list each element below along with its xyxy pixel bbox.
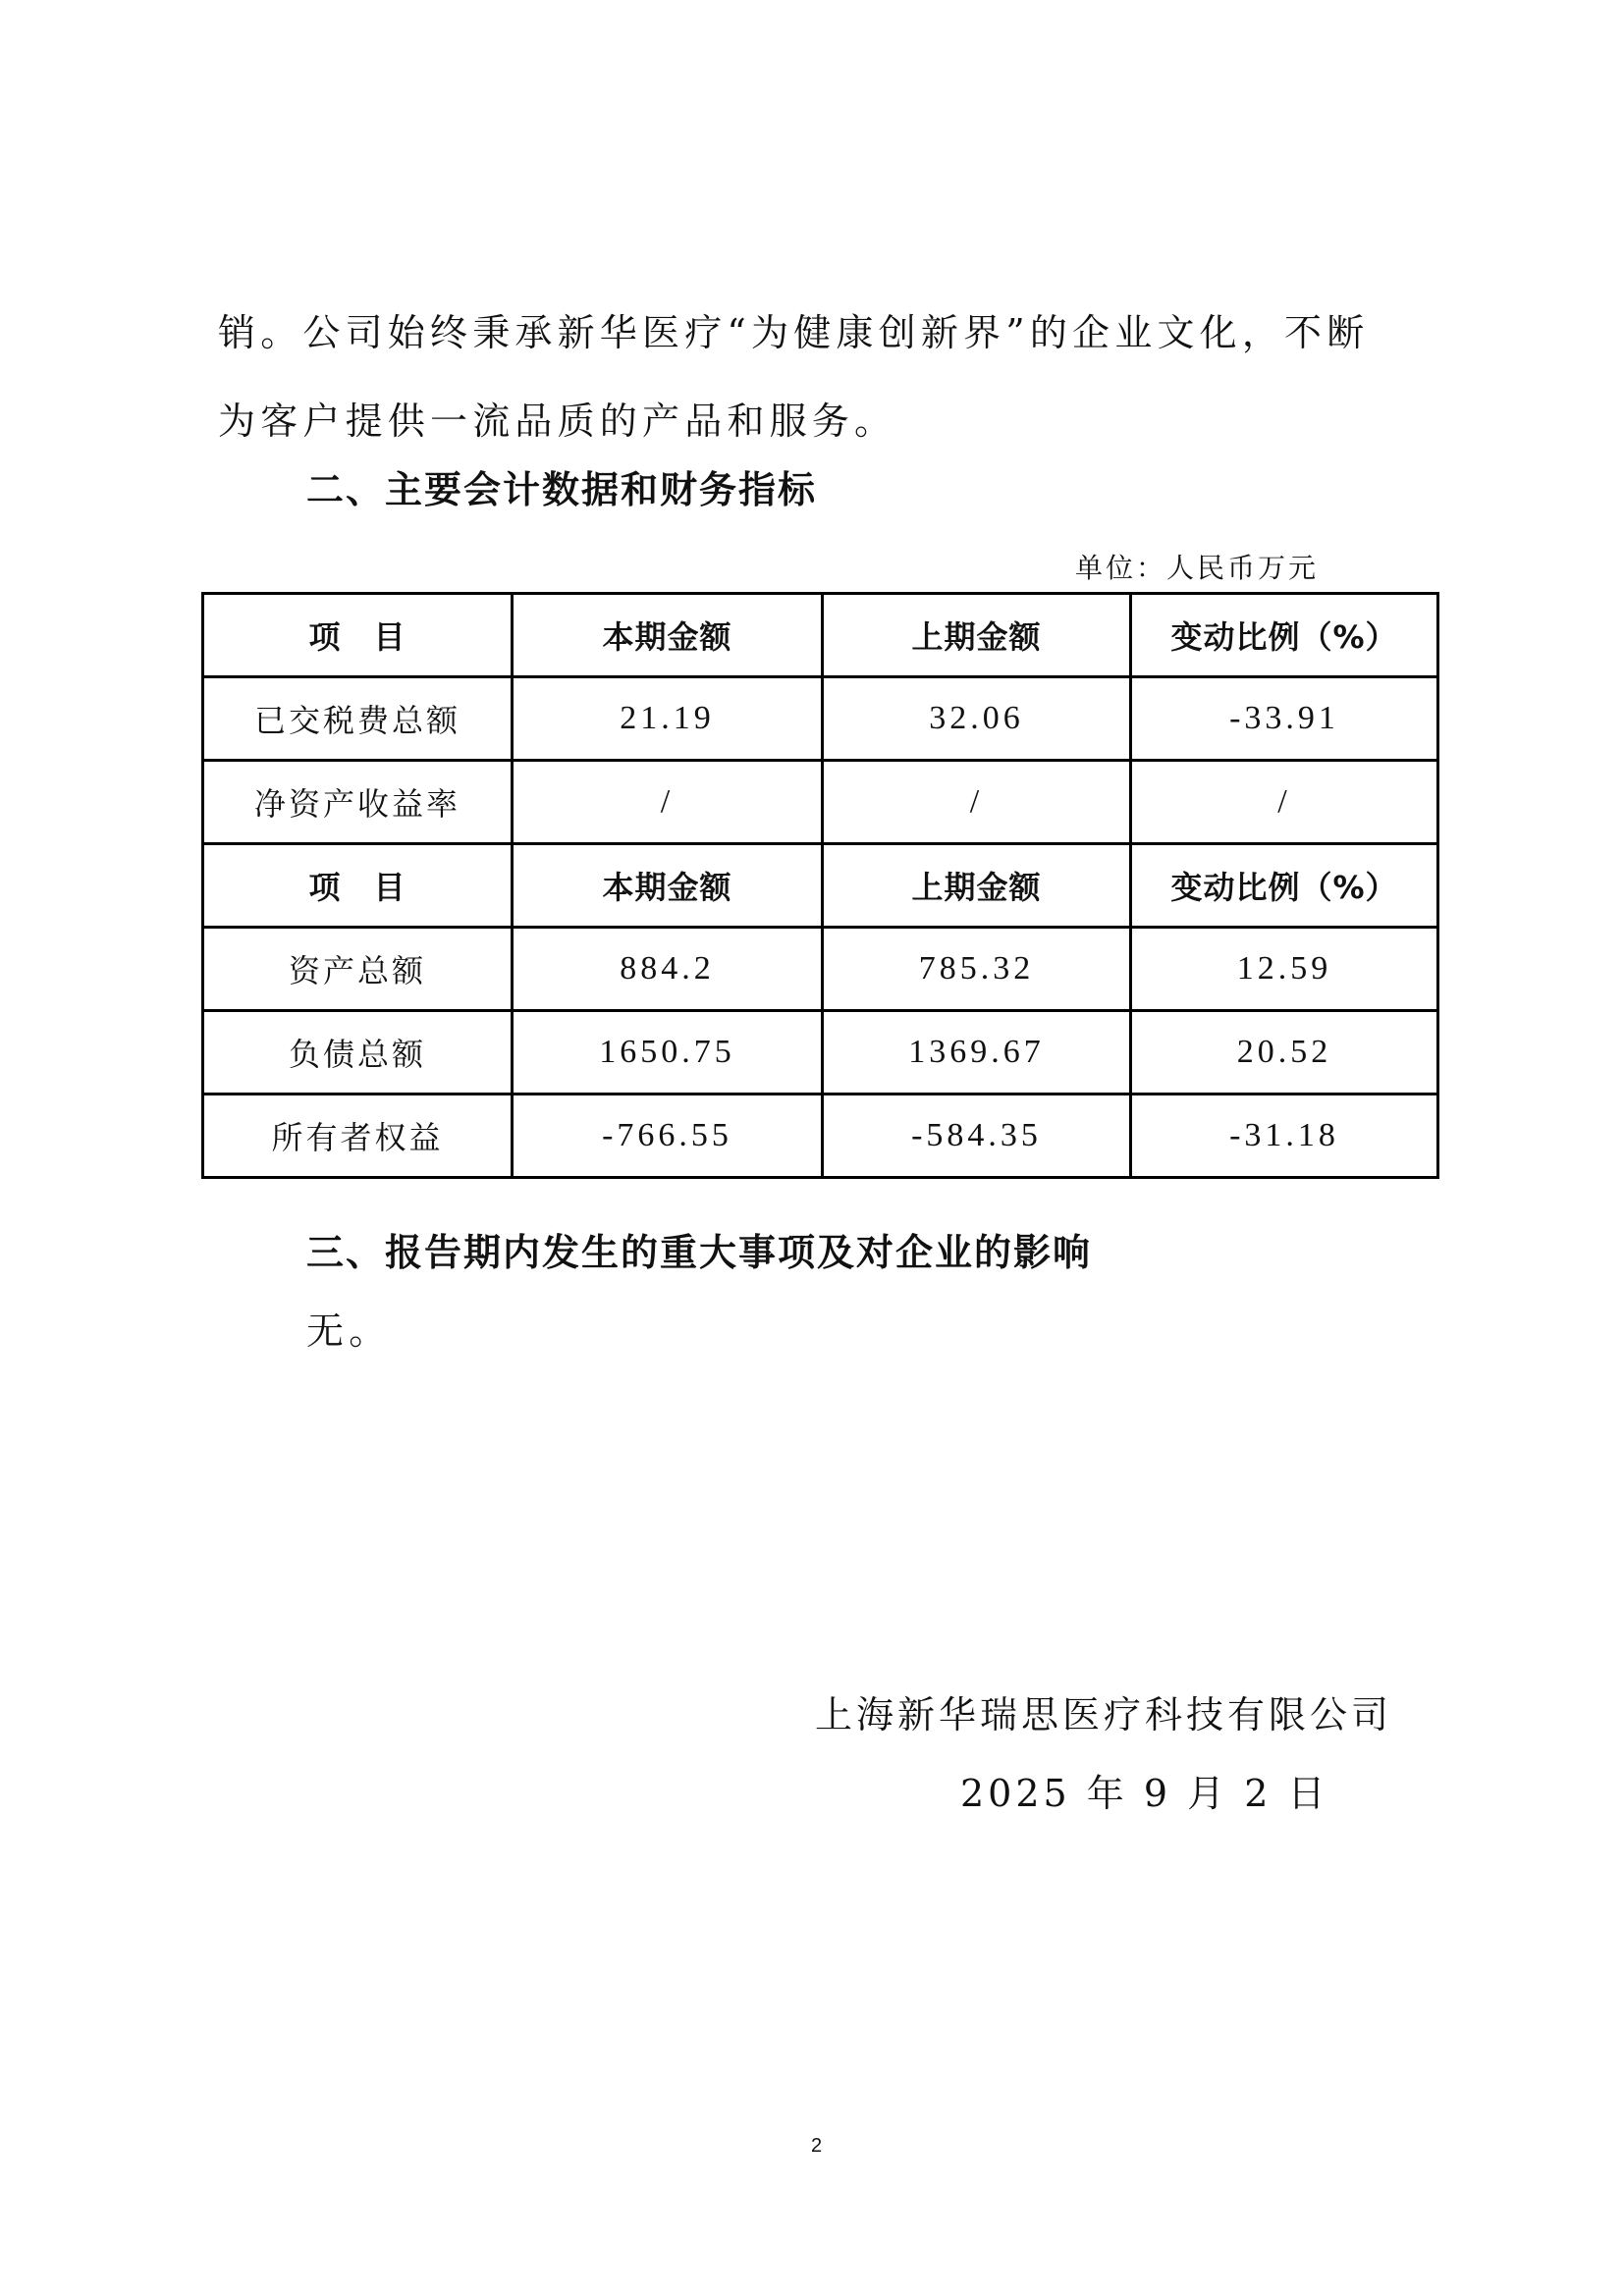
- financial-table: 项 目 本期金额 上期金额 变动比例（%） 已交税费总额 21.19 32.06…: [201, 592, 1439, 1179]
- table-row: 所有者权益 -766.55 -584.35 -31.18: [203, 1095, 1438, 1178]
- header-cell: 变动比例（%）: [1131, 844, 1438, 928]
- current-value: 1650.75: [513, 1011, 823, 1095]
- company-signature: 上海新华瑞思医疗科技有限公司: [815, 1696, 1392, 1734]
- header-cell: 上期金额: [823, 844, 1131, 928]
- header-cell: 项 目: [203, 594, 513, 677]
- row-label: 负债总额: [203, 1011, 513, 1095]
- table-header-row-2: 项 目 本期金额 上期金额 变动比例（%）: [203, 844, 1438, 928]
- signature-date: 2025 年 9 月 2 日: [960, 1775, 1328, 1812]
- section3-text: 无。: [306, 1312, 391, 1350]
- change-ratio: 20.52: [1131, 1011, 1438, 1095]
- row-label: 所有者权益: [203, 1095, 513, 1178]
- previous-value: 785.32: [823, 928, 1131, 1011]
- section3-heading: 三、报告期内发生的重大事项及对企业的影响: [306, 1234, 1092, 1271]
- previous-value: 32.06: [823, 677, 1131, 761]
- section2-heading: 二、主要会计数据和财务指标: [306, 471, 817, 508]
- change-ratio: -31.18: [1131, 1095, 1438, 1178]
- table-row: 净资产收益率 / / /: [203, 761, 1438, 844]
- current-value: 21.19: [513, 677, 823, 761]
- previous-value: -584.35: [823, 1095, 1131, 1178]
- table-row: 负债总额 1650.75 1369.67 20.52: [203, 1011, 1438, 1095]
- change-ratio: /: [1131, 761, 1438, 844]
- row-label: 净资产收益率: [203, 761, 513, 844]
- current-value: 884.2: [513, 928, 823, 1011]
- table-header-row: 项 目 本期金额 上期金额 变动比例（%）: [203, 594, 1438, 677]
- current-value: -766.55: [513, 1095, 823, 1178]
- header-cell: 变动比例（%）: [1131, 594, 1438, 677]
- header-cell: 本期金额: [513, 844, 823, 928]
- row-label: 已交税费总额: [203, 677, 513, 761]
- header-cell: 本期金额: [513, 594, 823, 677]
- row-label: 资产总额: [203, 928, 513, 1011]
- paragraph-line-2: 为客户提供一流品质的产品和服务。: [218, 402, 896, 440]
- unit-label: 单位：人民币万元: [1075, 555, 1319, 582]
- change-ratio: 12.59: [1131, 928, 1438, 1011]
- table-row: 已交税费总额 21.19 32.06 -33.91: [203, 677, 1438, 761]
- previous-value: 1369.67: [823, 1011, 1131, 1095]
- paragraph-line-1: 销。公司始终秉承新华医疗“为健康创新界”的企业文化，不断: [218, 314, 1369, 351]
- change-ratio: -33.91: [1131, 677, 1438, 761]
- previous-value: /: [823, 761, 1131, 844]
- current-value: /: [513, 761, 823, 844]
- header-cell: 上期金额: [823, 594, 1131, 677]
- table-row: 资产总额 884.2 785.32 12.59: [203, 928, 1438, 1011]
- header-cell: 项 目: [203, 844, 513, 928]
- page-number: 2: [811, 2135, 822, 2158]
